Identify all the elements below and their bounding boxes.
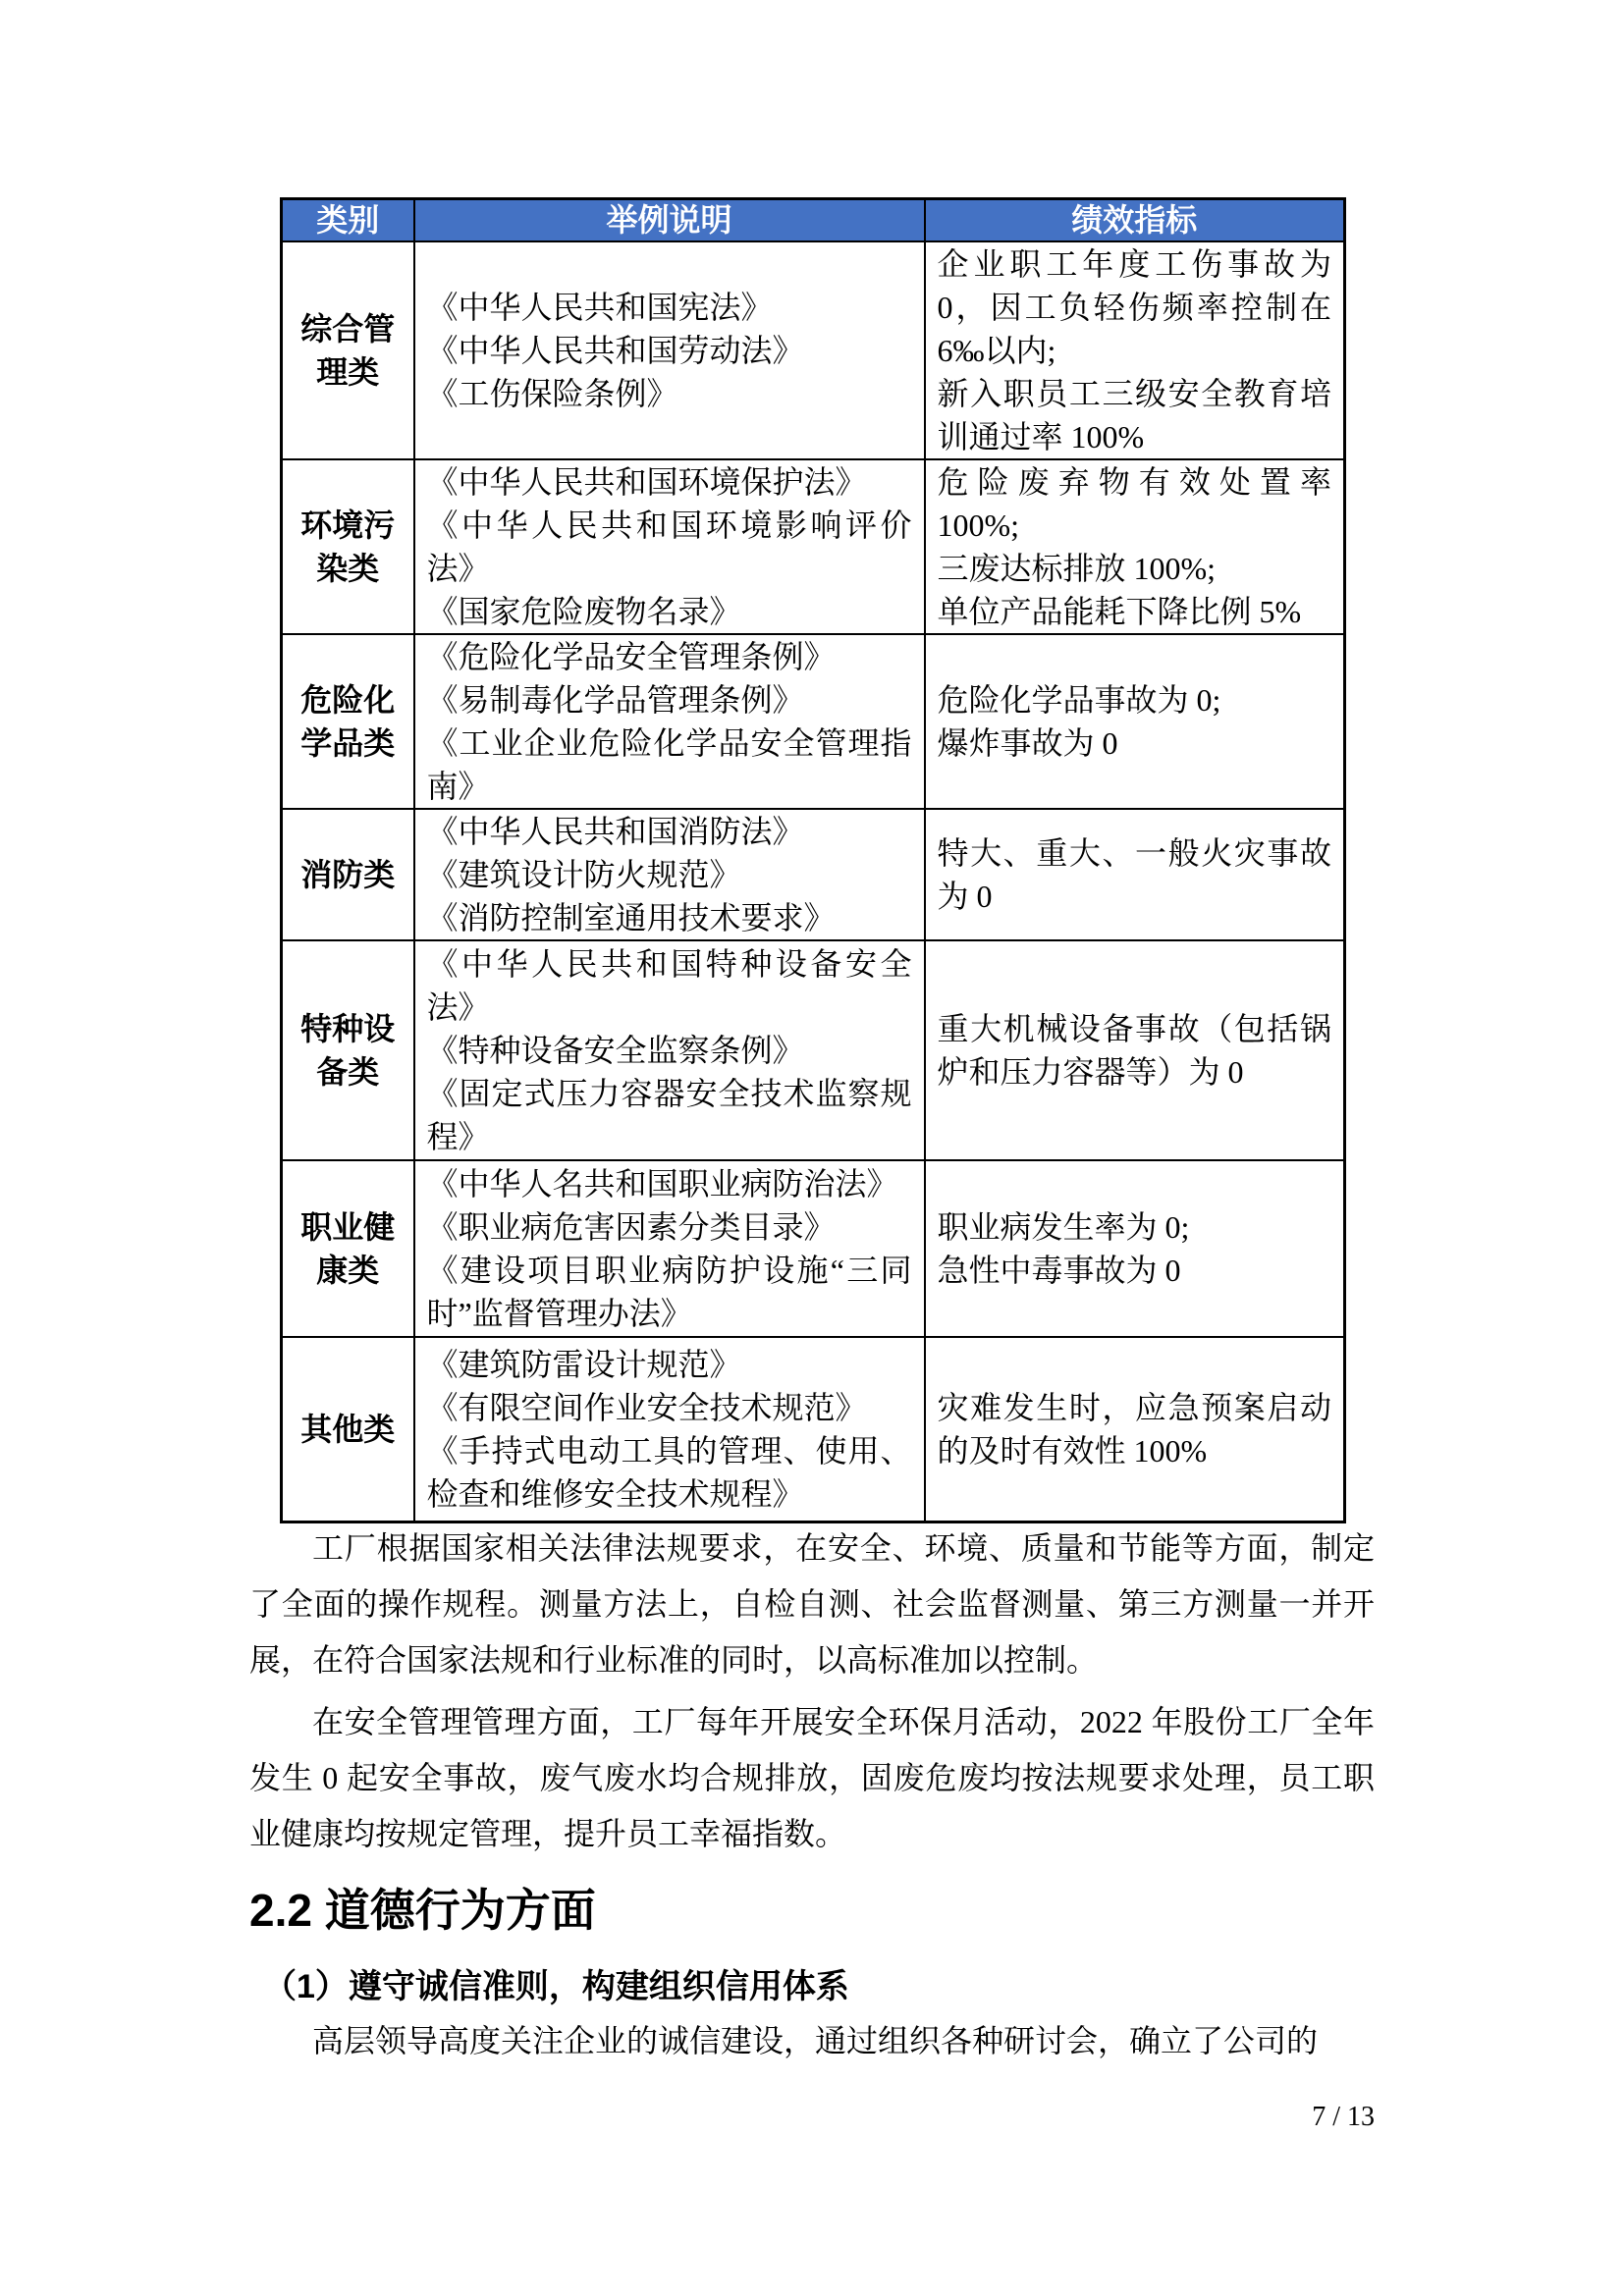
header-indicators: 绩效指标 bbox=[925, 199, 1345, 242]
body-paragraph-1: 工厂根据国家相关法律法规要求，在安全、环境、质量和节能等方面，制定了全面的操作规… bbox=[249, 1521, 1375, 1688]
example-item: 《建设项目职业病防护设施“三同时”监督管理办法》 bbox=[427, 1249, 912, 1335]
indicator-item: 急性中毒事故为 0 bbox=[938, 1249, 1332, 1292]
sub-heading: （1）遵守诚信准则，构建组织信用体系 bbox=[249, 1963, 1388, 2010]
compliance-table: 类别 举例说明 绩效指标 综合管理类 《中华人民共和国宪法》 《中华人民共和国劳… bbox=[280, 197, 1346, 1523]
example-item: 《国家危险废物名录》 bbox=[427, 590, 912, 633]
indicators-cell: 危险废弃物有效处置率 100%; 三废达标排放 100%; 单位产品能耗下降比例… bbox=[925, 459, 1345, 634]
category-cell: 特种设备类 bbox=[282, 940, 414, 1160]
examples-cell: 《中华人民共和国环境保护法》 《中华人民共和国环境影响评价法》 《国家危险废物名… bbox=[414, 459, 925, 634]
example-item: 《中华人民共和国消防法》 bbox=[427, 810, 912, 853]
indicator-item: 企业职工年度工伤事故为 0，因工负轻伤频率控制在 6‰以内; bbox=[938, 242, 1332, 372]
body-paragraph-3: 高层领导高度关注企业的诚信建设，通过组织各种研讨会，确立了公司的 bbox=[249, 2013, 1375, 2069]
example-item: 《中华人民共和国特种设备安全法》 bbox=[427, 942, 912, 1029]
indicators-cell: 重大机械设备事故（包括锅炉和压力容器等）为 0 bbox=[925, 940, 1345, 1160]
examples-cell: 《中华人名共和国职业病防治法》 《职业病危害因素分类目录》 《建设项目职业病防护… bbox=[414, 1160, 925, 1337]
example-item: 《中华人名共和国职业病防治法》 bbox=[427, 1162, 912, 1205]
indicator-item: 重大机械设备事故（包括锅炉和压力容器等）为 0 bbox=[938, 1007, 1332, 1094]
category-cell: 消防类 bbox=[282, 809, 414, 940]
example-item: 《危险化学品安全管理条例》 bbox=[427, 635, 912, 678]
page-number: 7 / 13 bbox=[249, 2101, 1375, 2134]
example-item: 《消防控制室通用技术要求》 bbox=[427, 896, 912, 939]
indicator-item: 特大、重大、一般火灾事故为 0 bbox=[938, 831, 1332, 918]
example-item: 《中华人民共和国宪法》 bbox=[427, 286, 912, 329]
indicators-cell: 职业病发生率为 0; 急性中毒事故为 0 bbox=[925, 1160, 1345, 1337]
table-row: 环境污染类 《中华人民共和国环境保护法》 《中华人民共和国环境影响评价法》 《国… bbox=[282, 459, 1345, 634]
table-row: 综合管理类 《中华人民共和国宪法》 《中华人民共和国劳动法》 《工伤保险条例》 … bbox=[282, 241, 1345, 459]
category-cell: 其他类 bbox=[282, 1337, 414, 1522]
indicator-item: 职业病发生率为 0; bbox=[938, 1205, 1332, 1249]
indicator-item: 三废达标排放 100%; bbox=[938, 547, 1332, 590]
indicator-item: 单位产品能耗下降比例 5% bbox=[938, 590, 1332, 633]
indicator-item: 爆炸事故为 0 bbox=[938, 721, 1332, 765]
example-item: 《职业病危害因素分类目录》 bbox=[427, 1205, 912, 1249]
category-cell: 综合管理类 bbox=[282, 241, 414, 459]
example-item: 《工业企业危险化学品安全管理指南》 bbox=[427, 721, 912, 808]
table-header-row: 类别 举例说明 绩效指标 bbox=[282, 199, 1345, 242]
example-item: 《工伤保险条例》 bbox=[427, 372, 912, 415]
header-category: 类别 bbox=[282, 199, 414, 242]
example-item: 《特种设备安全监察条例》 bbox=[427, 1029, 912, 1072]
header-examples: 举例说明 bbox=[414, 199, 925, 242]
table-row: 特种设备类 《中华人民共和国特种设备安全法》 《特种设备安全监察条例》 《固定式… bbox=[282, 940, 1345, 1160]
indicator-item: 危险化学品事故为 0; bbox=[938, 678, 1332, 721]
example-item: 《固定式压力容器安全技术监察规程》 bbox=[427, 1072, 912, 1158]
indicators-cell: 特大、重大、一般火灾事故为 0 bbox=[925, 809, 1345, 940]
example-item: 《易制毒化学品管理条例》 bbox=[427, 678, 912, 721]
example-item: 《有限空间作业安全技术规范》 bbox=[427, 1386, 912, 1429]
category-cell: 环境污染类 bbox=[282, 459, 414, 634]
indicators-cell: 灾难发生时，应急预案启动的及时有效性 100% bbox=[925, 1337, 1345, 1522]
indicators-cell: 危险化学品事故为 0; 爆炸事故为 0 bbox=[925, 634, 1345, 809]
body-paragraph-2: 在安全管理管理方面，工厂每年开展安全环保月活动，2022 年股份工厂全年发生 0… bbox=[249, 1694, 1375, 1862]
examples-cell: 《危险化学品安全管理条例》 《易制毒化学品管理条例》 《工业企业危险化学品安全管… bbox=[414, 634, 925, 809]
document-page: 类别 举例说明 绩效指标 综合管理类 《中华人民共和国宪法》 《中华人民共和国劳… bbox=[0, 0, 1624, 2296]
example-item: 《手持式电动工具的管理、使用、检查和维修安全技术规程》 bbox=[427, 1429, 912, 1516]
table-row: 消防类 《中华人民共和国消防法》 《建筑设计防火规范》 《消防控制室通用技术要求… bbox=[282, 809, 1345, 940]
indicator-item: 新入职员工三级安全教育培训通过率 100% bbox=[938, 372, 1332, 458]
table-row: 危险化学品类 《危险化学品安全管理条例》 《易制毒化学品管理条例》 《工业企业危… bbox=[282, 634, 1345, 809]
examples-cell: 《中华人民共和国宪法》 《中华人民共和国劳动法》 《工伤保险条例》 bbox=[414, 241, 925, 459]
examples-cell: 《中华人民共和国消防法》 《建筑设计防火规范》 《消防控制室通用技术要求》 bbox=[414, 809, 925, 940]
indicator-item: 灾难发生时，应急预案启动的及时有效性 100% bbox=[938, 1386, 1332, 1472]
example-item: 《建筑设计防火规范》 bbox=[427, 853, 912, 896]
category-cell: 职业健康类 bbox=[282, 1160, 414, 1337]
table-row: 职业健康类 《中华人名共和国职业病防治法》 《职业病危害因素分类目录》 《建设项… bbox=[282, 1160, 1345, 1337]
example-item: 《中华人民共和国环境保护法》 bbox=[427, 460, 912, 504]
section-heading: 2.2 道德行为方面 bbox=[249, 1880, 1375, 1941]
example-item: 《中华人民共和国环境影响评价法》 bbox=[427, 504, 912, 590]
example-item: 《中华人民共和国劳动法》 bbox=[427, 329, 912, 372]
indicators-cell: 企业职工年度工伤事故为 0，因工负轻伤频率控制在 6‰以内; 新入职员工三级安全… bbox=[925, 241, 1345, 459]
indicator-item: 危险废弃物有效处置率 100%; bbox=[938, 460, 1332, 547]
example-item: 《建筑防雷设计规范》 bbox=[427, 1343, 912, 1386]
examples-cell: 《建筑防雷设计规范》 《有限空间作业安全技术规范》 《手持式电动工具的管理、使用… bbox=[414, 1337, 925, 1522]
category-cell: 危险化学品类 bbox=[282, 634, 414, 809]
table-row: 其他类 《建筑防雷设计规范》 《有限空间作业安全技术规范》 《手持式电动工具的管… bbox=[282, 1337, 1345, 1522]
examples-cell: 《中华人民共和国特种设备安全法》 《特种设备安全监察条例》 《固定式压力容器安全… bbox=[414, 940, 925, 1160]
